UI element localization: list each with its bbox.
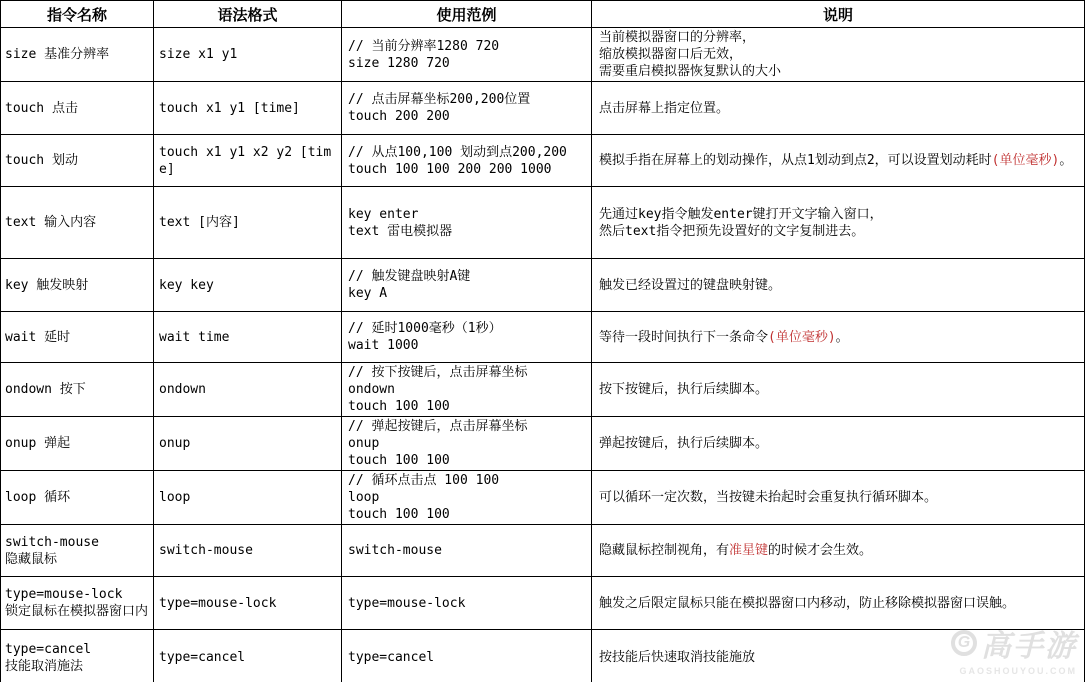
example-code-line: text 雷电模拟器 <box>348 223 586 240</box>
description-line: 触发已经设置过的键盘映射键。 <box>599 277 1079 294</box>
description-cell: 可以循环一定次数，当按键未抬起时会重复执行循环脚本。 <box>592 471 1085 525</box>
table-header: 指令名称 语法格式 使用范例 说明 <box>1 1 1085 28</box>
table-row: touch 划动touch x1 y1 x2 y2 [time]// 从点100… <box>1 135 1085 187</box>
description-text: 可以循环一定次数，当按键未抬起时会重复执行循环脚本。 <box>599 490 937 505</box>
syntax-cell: switch-mouse <box>154 525 342 577</box>
command-name-line: type=cancel <box>5 641 148 658</box>
description-line: 当前模拟器窗口的分辨率， <box>599 29 1079 46</box>
example-code-line: // 触发键盘映射A键 <box>348 268 586 285</box>
description-line: 可以循环一定次数，当按键未抬起时会重复执行循环脚本。 <box>599 489 1079 506</box>
example-cell: // 延时1000毫秒（1秒）wait 1000 <box>342 312 592 363</box>
example-code-line: touch 200 200 <box>348 108 586 125</box>
example-cell: type=cancel <box>342 630 592 682</box>
example-code-line: // 按下按键后，点击屏幕坐标 <box>348 364 586 381</box>
example-code-line: onup <box>348 435 586 452</box>
example-cell: type=mouse-lock <box>342 577 592 630</box>
description-text: 按下按键后，执行后续脚本。 <box>599 382 768 397</box>
description-text: 的时候才会生效。 <box>768 543 872 558</box>
table-row: touch 点击touch x1 y1 [time]// 点击屏幕坐标200,2… <box>1 82 1085 135</box>
example-code-line: // 当前分辨率1280 720 <box>348 38 586 55</box>
description-text: 先通过key指令触发enter键打开文字输入窗口， <box>599 207 883 222</box>
description-text: 需要重启模拟器恢复默认的大小 <box>599 64 781 79</box>
header-usage-example: 使用范例 <box>342 1 592 28</box>
command-name-line: 锁定鼠标在模拟器窗口内 <box>5 603 148 620</box>
description-cell: 按技能后快速取消技能施放 <box>592 630 1085 682</box>
description-line: 先通过key指令触发enter键打开文字输入窗口， <box>599 206 1079 223</box>
description-cell: 当前模拟器窗口的分辨率，缩放模拟器窗口后无效，需要重启模拟器恢复默认的大小 <box>592 28 1085 82</box>
syntax-cell: onup <box>154 417 342 471</box>
example-code-line: key A <box>348 285 586 302</box>
example-code-line: wait 1000 <box>348 337 586 354</box>
command-name-cell: key 触发映射 <box>1 259 154 312</box>
example-code-line: type=cancel <box>348 649 586 666</box>
description-text: 点击屏幕上指定位置。 <box>599 101 729 116</box>
header-syntax-format: 语法格式 <box>154 1 342 28</box>
header-command-name: 指令名称 <box>1 1 154 28</box>
description-cell: 隐藏鼠标控制视角，有准星键的时候才会生效。 <box>592 525 1085 577</box>
command-name-cell: touch 点击 <box>1 82 154 135</box>
description-text: 然后text指令把预先设置好的文字复制进去。 <box>599 224 864 239</box>
description-cell: 触发已经设置过的键盘映射键。 <box>592 259 1085 312</box>
example-cell: // 按下按键后，点击屏幕坐标ondowntouch 100 100 <box>342 363 592 417</box>
description-highlight: 准星键 <box>729 543 768 558</box>
example-cell: // 触发键盘映射A键key A <box>342 259 592 312</box>
command-name-line: 隐藏鼠标 <box>5 551 148 568</box>
table-row: ondown 按下ondown// 按下按键后，点击屏幕坐标ondowntouc… <box>1 363 1085 417</box>
syntax-cell: wait time <box>154 312 342 363</box>
description-cell: 等待一段时间执行下一条命令(单位毫秒)。 <box>592 312 1085 363</box>
description-line: 然后text指令把预先设置好的文字复制进去。 <box>599 223 1079 240</box>
description-line: 缩放模拟器窗口后无效， <box>599 46 1079 63</box>
example-code-line: switch-mouse <box>348 542 586 559</box>
example-code-line: touch 100 100 200 200 1000 <box>348 161 586 178</box>
table-body: size 基准分辨率size x1 y1// 当前分辨率1280 720size… <box>1 28 1085 682</box>
command-name-cell: type=cancel技能取消施法 <box>1 630 154 682</box>
header-description: 说明 <box>592 1 1085 28</box>
example-code-line: // 弹起按键后，点击屏幕坐标 <box>348 418 586 435</box>
syntax-cell: touch x1 y1 x2 y2 [time] <box>154 135 342 187</box>
command-name-line: type=mouse-lock <box>5 586 148 603</box>
description-text: 。 <box>836 330 849 345</box>
description-text: 触发已经设置过的键盘映射键。 <box>599 278 781 293</box>
command-name-line: touch 点击 <box>5 100 148 117</box>
table-row: onup 弹起onup// 弹起按键后，点击屏幕坐标onuptouch 100 … <box>1 417 1085 471</box>
description-highlight: (单位毫秒) <box>992 153 1060 168</box>
command-name-cell: switch-mouse隐藏鼠标 <box>1 525 154 577</box>
table-row: type=mouse-lock锁定鼠标在模拟器窗口内type=mouse-loc… <box>1 577 1085 630</box>
command-name-line: 技能取消施法 <box>5 658 148 675</box>
description-line: 弹起按键后，执行后续脚本。 <box>599 435 1079 452</box>
command-reference-table: 指令名称 语法格式 使用范例 说明 size 基准分辨率size x1 y1//… <box>0 0 1085 682</box>
example-code-line: touch 100 100 <box>348 506 586 523</box>
example-code-line: // 从点100,100 划动到点200,200 <box>348 144 586 161</box>
syntax-cell: text [内容] <box>154 187 342 259</box>
description-text: 当前模拟器窗口的分辨率， <box>599 30 755 45</box>
example-code-line: key enter <box>348 206 586 223</box>
example-code-line: // 延时1000毫秒（1秒） <box>348 320 586 337</box>
table-row: wait 延时wait time// 延时1000毫秒（1秒）wait 1000… <box>1 312 1085 363</box>
command-name-line: wait 延时 <box>5 329 148 346</box>
description-cell: 先通过key指令触发enter键打开文字输入窗口，然后text指令把预先设置好的… <box>592 187 1085 259</box>
description-cell: 模拟手指在屏幕上的划动操作，从点1划动到点2，可以设置划动耗时(单位毫秒)。 <box>592 135 1085 187</box>
table-row: size 基准分辨率size x1 y1// 当前分辨率1280 720size… <box>1 28 1085 82</box>
table-row: text 输入内容text [内容]key entertext 雷电模拟器先通过… <box>1 187 1085 259</box>
example-cell: switch-mouse <box>342 525 592 577</box>
description-text: 。 <box>1059 153 1072 168</box>
description-text: 按技能后快速取消技能施放 <box>599 650 755 665</box>
command-name-line: key 触发映射 <box>5 277 148 294</box>
command-name-line: size 基准分辨率 <box>5 46 148 63</box>
syntax-cell: loop <box>154 471 342 525</box>
description-text: 弹起按键后，执行后续脚本。 <box>599 436 768 451</box>
command-name-cell: wait 延时 <box>1 312 154 363</box>
description-line: 需要重启模拟器恢复默认的大小 <box>599 63 1079 80</box>
command-name-cell: loop 循环 <box>1 471 154 525</box>
example-code-line: type=mouse-lock <box>348 595 586 612</box>
command-name-cell: type=mouse-lock锁定鼠标在模拟器窗口内 <box>1 577 154 630</box>
command-name-cell: touch 划动 <box>1 135 154 187</box>
example-cell: // 从点100,100 划动到点200,200touch 100 100 20… <box>342 135 592 187</box>
command-name-cell: size 基准分辨率 <box>1 28 154 82</box>
table-row: key 触发映射key key// 触发键盘映射A键key A触发已经设置过的键… <box>1 259 1085 312</box>
description-line: 触发之后限定鼠标只能在模拟器窗口内移动，防止移除模拟器窗口误触。 <box>599 595 1079 612</box>
description-line: 点击屏幕上指定位置。 <box>599 100 1079 117</box>
example-cell: // 当前分辨率1280 720size 1280 720 <box>342 28 592 82</box>
command-name-line: text 输入内容 <box>5 214 148 231</box>
command-name-cell: text 输入内容 <box>1 187 154 259</box>
example-cell: // 弹起按键后，点击屏幕坐标onuptouch 100 100 <box>342 417 592 471</box>
description-text: 等待一段时间执行下一条命令 <box>599 330 768 345</box>
description-cell: 弹起按键后，执行后续脚本。 <box>592 417 1085 471</box>
example-cell: // 点击屏幕坐标200,200位置touch 200 200 <box>342 82 592 135</box>
command-name-line: loop 循环 <box>5 489 148 506</box>
example-code-line: size 1280 720 <box>348 55 586 72</box>
command-name-line: switch-mouse <box>5 534 148 551</box>
description-cell: 按下按键后，执行后续脚本。 <box>592 363 1085 417</box>
syntax-cell: ondown <box>154 363 342 417</box>
command-name-cell: ondown 按下 <box>1 363 154 417</box>
description-highlight: (单位毫秒) <box>768 330 836 345</box>
example-cell: // 循环点击点 100 100looptouch 100 100 <box>342 471 592 525</box>
description-line: 等待一段时间执行下一条命令(单位毫秒)。 <box>599 329 1079 346</box>
table-row: loop 循环loop// 循环点击点 100 100looptouch 100… <box>1 471 1085 525</box>
example-code-line: ondown <box>348 381 586 398</box>
description-cell: 点击屏幕上指定位置。 <box>592 82 1085 135</box>
description-line: 隐藏鼠标控制视角，有准星键的时候才会生效。 <box>599 542 1079 559</box>
command-name-cell: onup 弹起 <box>1 417 154 471</box>
description-text: 缩放模拟器窗口后无效， <box>599 47 742 62</box>
description-line: 按技能后快速取消技能施放 <box>599 649 1079 666</box>
command-name-line: touch 划动 <box>5 152 148 169</box>
description-line: 按下按键后，执行后续脚本。 <box>599 381 1079 398</box>
example-cell: key entertext 雷电模拟器 <box>342 187 592 259</box>
description-text: 模拟手指在屏幕上的划动操作，从点1划动到点2，可以设置划动耗时 <box>599 153 992 168</box>
command-name-line: ondown 按下 <box>5 381 148 398</box>
command-name-line: onup 弹起 <box>5 435 148 452</box>
table-row: switch-mouse隐藏鼠标switch-mouseswitch-mouse… <box>1 525 1085 577</box>
example-code-line: touch 100 100 <box>348 452 586 469</box>
description-text: 触发之后限定鼠标只能在模拟器窗口内移动，防止移除模拟器窗口误触。 <box>599 596 1015 611</box>
table-row: type=cancel技能取消施法type=canceltype=cancel按… <box>1 630 1085 682</box>
description-line: 模拟手指在屏幕上的划动操作，从点1划动到点2，可以设置划动耗时(单位毫秒)。 <box>599 152 1079 169</box>
syntax-cell: type=mouse-lock <box>154 577 342 630</box>
example-code-line: touch 100 100 <box>348 398 586 415</box>
syntax-cell: type=cancel <box>154 630 342 682</box>
syntax-cell: touch x1 y1 [time] <box>154 82 342 135</box>
example-code-line: // 循环点击点 100 100 <box>348 472 586 489</box>
header-row: 指令名称 语法格式 使用范例 说明 <box>1 1 1085 28</box>
example-code-line: loop <box>348 489 586 506</box>
syntax-cell: size x1 y1 <box>154 28 342 82</box>
description-text: 隐藏鼠标控制视角，有 <box>599 543 729 558</box>
example-code-line: // 点击屏幕坐标200,200位置 <box>348 91 586 108</box>
description-cell: 触发之后限定鼠标只能在模拟器窗口内移动，防止移除模拟器窗口误触。 <box>592 577 1085 630</box>
syntax-cell: key key <box>154 259 342 312</box>
